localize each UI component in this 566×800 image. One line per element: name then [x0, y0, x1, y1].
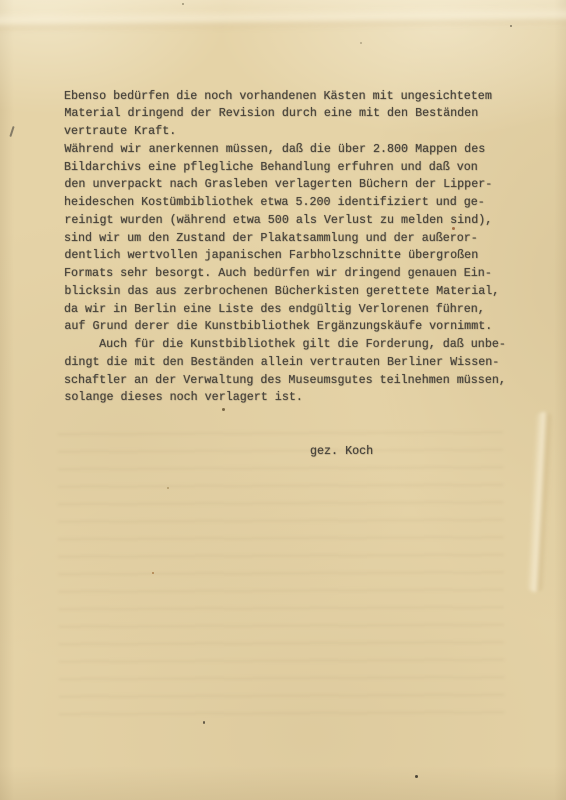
typed-line: auf Grund derer die Kunstbibliothek Ergä…: [64, 318, 506, 336]
typed-line: Auch für die Kunstbibliothek gilt die Fo…: [64, 336, 506, 354]
typed-line: heideschen Kostümbibliothek etwa 5.200 i…: [64, 194, 506, 212]
typed-line: dentlich wertvollen japanischen Farbholz…: [64, 247, 506, 265]
paper-crease-right: [526, 412, 553, 593]
paper-speck: [222, 408, 225, 411]
paper-speck: [167, 487, 169, 489]
paper-speck: [203, 721, 205, 724]
paper-speck: [415, 775, 418, 778]
typed-line: solange dieses noch verlagert ist.: [64, 389, 506, 407]
pen-mark: [9, 126, 14, 137]
paper-speck: [452, 227, 455, 230]
typed-line: blicksin das aus zerbrochenen Bücherkist…: [64, 283, 506, 301]
document-page: Ebenso bedürfen die noch vorhandenen Käs…: [0, 0, 566, 800]
paper-speck: [360, 42, 362, 44]
signature: gez. Koch: [64, 443, 506, 461]
typed-line: den unverpackt nach Grasleben verlagerte…: [64, 176, 506, 194]
typed-line: Ebenso bedürfen die noch vorhandenen Käs…: [64, 88, 506, 106]
typed-line: Formats sehr besorgt. Auch bedürfen wir …: [64, 265, 506, 283]
typed-text-lines: Ebenso bedürfen die noch vorhandenen Käs…: [64, 88, 506, 408]
typed-line: dingt die mit den Beständen allein vertr…: [64, 354, 506, 372]
paper-speck: [152, 572, 154, 574]
typed-line: Material dringend der Revision durch ein…: [64, 105, 506, 123]
typed-line: schaftler an der Verwaltung des Museumsg…: [64, 372, 506, 390]
typed-line: sind wir um den Zustand der Plakatsammlu…: [64, 230, 506, 248]
paper-speck: [182, 3, 184, 5]
paper-speck: [510, 25, 512, 27]
typed-line: reinigt wurden (während etwa 500 als Ver…: [64, 212, 506, 230]
typed-text: Ebenso bedürfen die noch vorhandenen Käs…: [64, 52, 506, 496]
typed-line: vertraute Kraft.: [64, 123, 506, 141]
typed-line: da wir in Berlin eine Liste des endgülti…: [64, 301, 506, 319]
paper-crease-top: [0, 6, 566, 32]
typed-line: Bildarchivs eine pflegliche Behandlung e…: [64, 159, 506, 177]
typed-line: Während wir anerkennen müssen, daß die ü…: [64, 141, 506, 159]
